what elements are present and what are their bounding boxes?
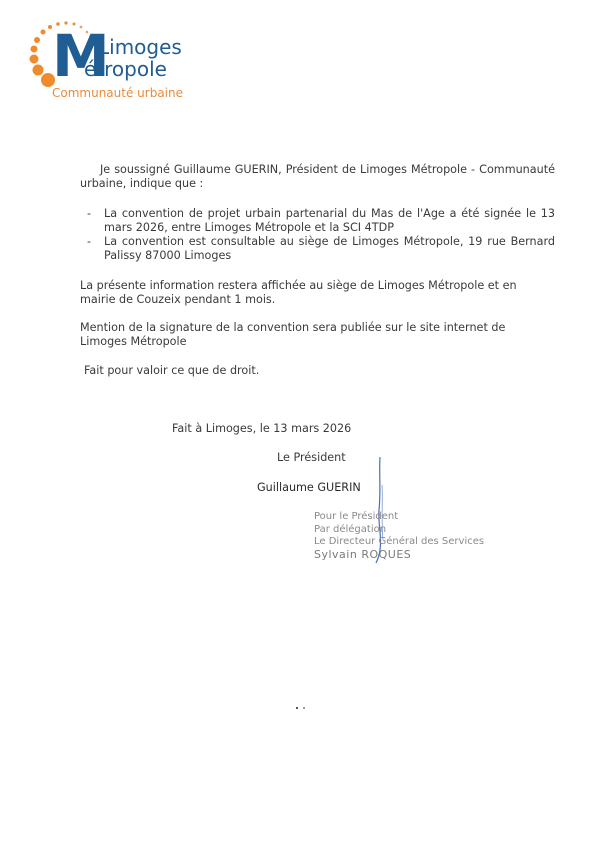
logo-subtitle: Communauté urbaine [52,86,183,100]
list-item: - La convention est consultable au siège… [83,235,555,263]
logo-metropole: étropole [84,58,167,80]
delegation-stamp: Pour le Président Par délégation Le Dire… [314,511,484,561]
stamp-line-1: Pour le Président [314,511,484,524]
logo-limoges: Limoges [98,36,182,58]
page-marks [296,707,306,711]
mark-dot [296,707,298,709]
signatory-name: Guillaume GUERIN [257,481,361,494]
signatory-role: Le Président [277,451,346,464]
limoges-metropole-logo: M Limoges étropole Communauté urbaine [28,18,198,108]
dash-bullet: - [87,235,91,249]
stamp-line-3: Le Directeur Général des Services [314,536,484,549]
stamp-name: Sylvain ROQUES [314,549,484,562]
convention-list: - La convention de projet urbain partena… [83,207,555,263]
place-and-date: Fait à Limoges, le 13 mars 2026 [172,422,351,435]
list-item-text: La convention est consultable au siège d… [104,235,555,262]
closing-statement: Fait pour valoir ce que de droit. [84,364,259,378]
list-item-text: La convention de projet urbain partenari… [104,207,555,234]
publication-notice: Mention de la signature de la convention… [80,321,555,349]
intro-text: Je soussigné Guillaume GUERIN, Président… [80,163,555,190]
intro-paragraph: Je soussigné Guillaume GUERIN, Président… [80,163,555,191]
stamp-line-2: Par délégation [314,524,484,537]
display-notice: La présente information restera affichée… [80,279,555,307]
list-item: - La convention de projet urbain partena… [83,207,555,235]
mark-dot [303,707,305,709]
dash-bullet: - [87,207,91,221]
